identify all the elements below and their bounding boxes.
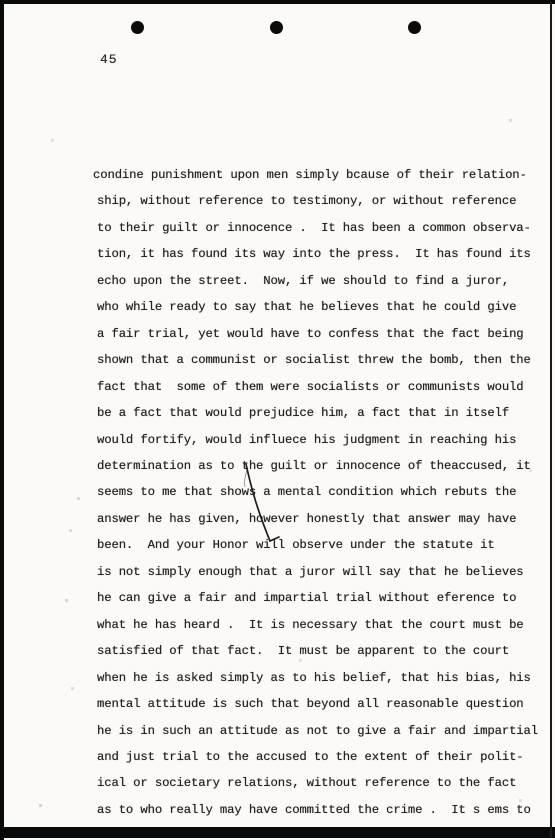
text-line: fact that some of them were socialists o… — [93, 374, 523, 400]
text-line: and just trial to the accused to the ext… — [93, 744, 523, 770]
page-number: 45 — [100, 52, 118, 67]
text-line: when he is asked simply as to his belief… — [93, 665, 523, 691]
text-line: ical or societary relations, without ref… — [93, 770, 523, 796]
text-line: who while ready to say that he believes … — [93, 294, 523, 320]
text-line: mental attitude is such that beyond all … — [93, 691, 523, 717]
scanned-document-page: 45 condine punishment upon men simply bc… — [0, 0, 555, 840]
text-line: tion, it has found its way into the pres… — [93, 241, 523, 267]
punch-hole-icon — [131, 21, 144, 34]
text-line: as to who really may have committed the … — [93, 797, 523, 823]
text-line: a fair trial, yet would have to confess … — [93, 321, 523, 347]
text-line: what he has heard . It is necessary that… — [93, 612, 523, 638]
scan-border-left — [0, 0, 4, 840]
text-line: determination as to the guilt or innocen… — [93, 453, 523, 479]
text-line: shown that a communist or socialist thre… — [93, 347, 523, 373]
text-line: answer he has given, however honestly th… — [93, 506, 523, 532]
text-line: ship, without reference to testimony, or… — [93, 188, 523, 214]
text-line: is not simply enough that a juror will s… — [93, 559, 523, 585]
text-line: would fortify, would influece his judgme… — [93, 427, 523, 453]
text-line: seems to me that shows a mental conditio… — [93, 479, 523, 505]
text-line: be a fact that would prejudice him, a fa… — [93, 400, 523, 426]
text-line: he can give a fair and impartial trial w… — [93, 585, 523, 611]
scan-border-bottom — [0, 827, 555, 838]
punch-hole-icon — [408, 21, 421, 34]
text-line: echo upon the street. Now, if we should … — [93, 268, 523, 294]
typewritten-text-block: condine punishment upon men simply bcaus… — [93, 162, 523, 823]
text-line: to their guilt or innocence . It has bee… — [93, 215, 523, 241]
text-line: condine punishment upon men simply bcaus… — [93, 162, 523, 188]
scan-border-right — [550, 2, 552, 838]
scan-border-top — [0, 0, 555, 4]
punch-hole-icon — [270, 21, 283, 34]
text-line: satisfied of that fact. It must be appar… — [93, 638, 523, 664]
text-line: he is in such an attitude as not to give… — [93, 718, 523, 744]
text-line: been. And your Honor will observe under … — [93, 532, 523, 558]
